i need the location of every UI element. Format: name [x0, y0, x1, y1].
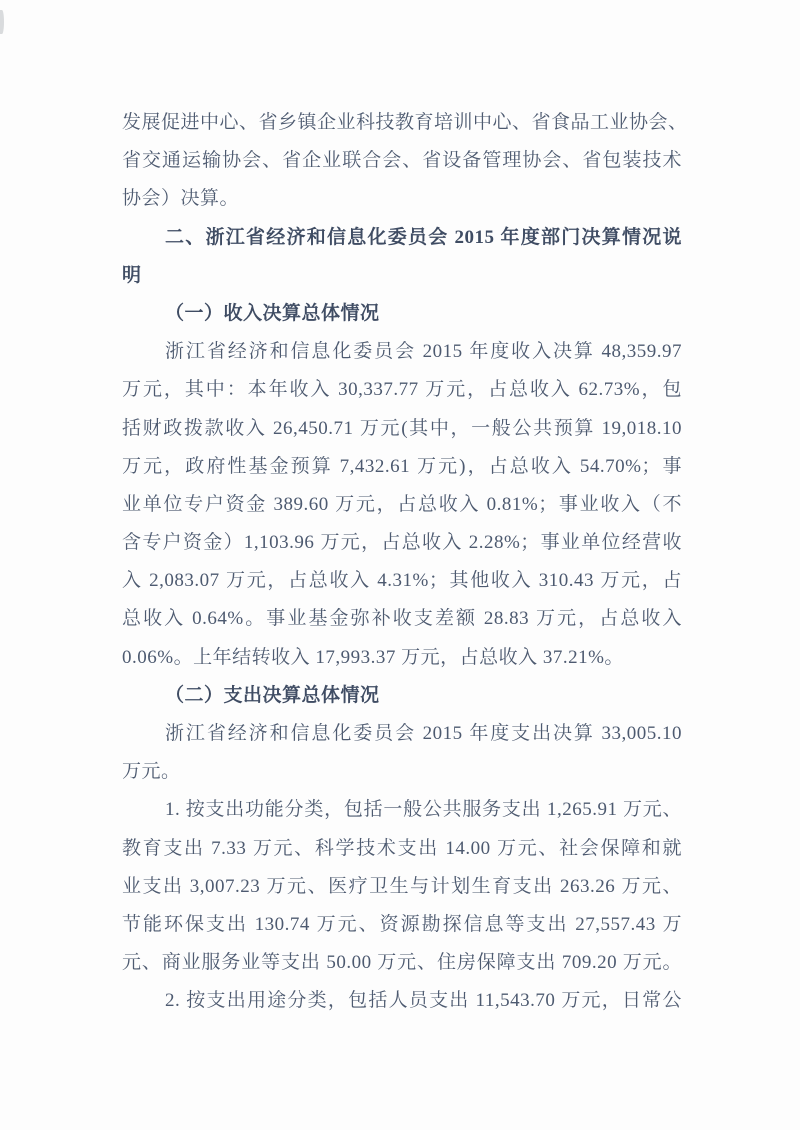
subsection-heading: （二）支出决算总体情况 — [122, 677, 682, 715]
document-line: 业单位专户资金 389.60 万元，占总收入 0.81%；事业收入（不 — [122, 486, 682, 524]
document-line: 0.06%。上年结转收入 17,993.37 万元，占总收入 37.21%。 — [122, 639, 682, 677]
document-text-block: 发展促进中心、省乡镇企业科技教育培训中心、省食品工业协会、 省交通运输协会、省企… — [122, 104, 682, 1021]
document-line: 教育支出 7.33 万元、科学技术支出 14.00 万元、社会保障和就 — [122, 830, 682, 868]
subsection-heading: （一）收入决算总体情况 — [122, 295, 682, 333]
document-line: 浙江省经济和信息化委员会 2015 年度支出决算 33,005.10 — [122, 715, 682, 753]
document-line: 总收入 0.64%。事业基金弥补收支差额 28.83 万元，占总收入 — [122, 600, 682, 638]
document-line: 万元，政府性基金预算 7,432.61 万元)，占总收入 54.70%；事 — [122, 448, 682, 486]
document-line: 浙江省经济和信息化委员会 2015 年度收入决算 48,359.97 — [122, 333, 682, 371]
document-line: 括财政拨款收入 26,450.71 万元(其中，一般公共预算 19,018.10 — [122, 410, 682, 448]
section-heading-line: 明 — [122, 257, 682, 295]
document-line: 元、商业服务业等支出 50.00 万元、住房保障支出 709.20 万元。 — [122, 944, 682, 982]
scan-smudge-artifact — [0, 10, 4, 34]
document-line: 入 2,083.07 万元，占总收入 4.31%；其他收入 310.43 万元，… — [122, 562, 682, 600]
document-line: 节能环保支出 130.74 万元、资源勘探信息等支出 27,557.43 万 — [122, 906, 682, 944]
document-line: 1. 按支出功能分类，包括一般公共服务支出 1,265.91 万元、 — [122, 791, 682, 829]
document-line: 含专户资金）1,103.96 万元，占总收入 2.28%；事业单位经营收 — [122, 524, 682, 562]
document-line: 协会）决算。 — [122, 180, 682, 218]
section-heading-line: 二、浙江省经济和信息化委员会 2015 年度部门决算情况说 — [122, 219, 682, 257]
document-line: 省交通运输协会、省企业联合会、省设备管理协会、省包装技术 — [122, 142, 682, 180]
document-line: 业支出 3,007.23 万元、医疗卫生与计划生育支出 263.26 万元、 — [122, 868, 682, 906]
document-line: 发展促进中心、省乡镇企业科技教育培训中心、省食品工业协会、 — [122, 104, 682, 142]
document-line: 2. 按支出用途分类，包括人员支出 11,543.70 万元，日常公 — [122, 982, 682, 1020]
document-line: 万元，其中：本年收入 30,337.77 万元，占总收入 62.73%，包 — [122, 371, 682, 409]
scanned-page: 发展促进中心、省乡镇企业科技教育培训中心、省食品工业协会、 省交通运输协会、省企… — [0, 0, 800, 1130]
document-line: 万元。 — [122, 753, 682, 791]
